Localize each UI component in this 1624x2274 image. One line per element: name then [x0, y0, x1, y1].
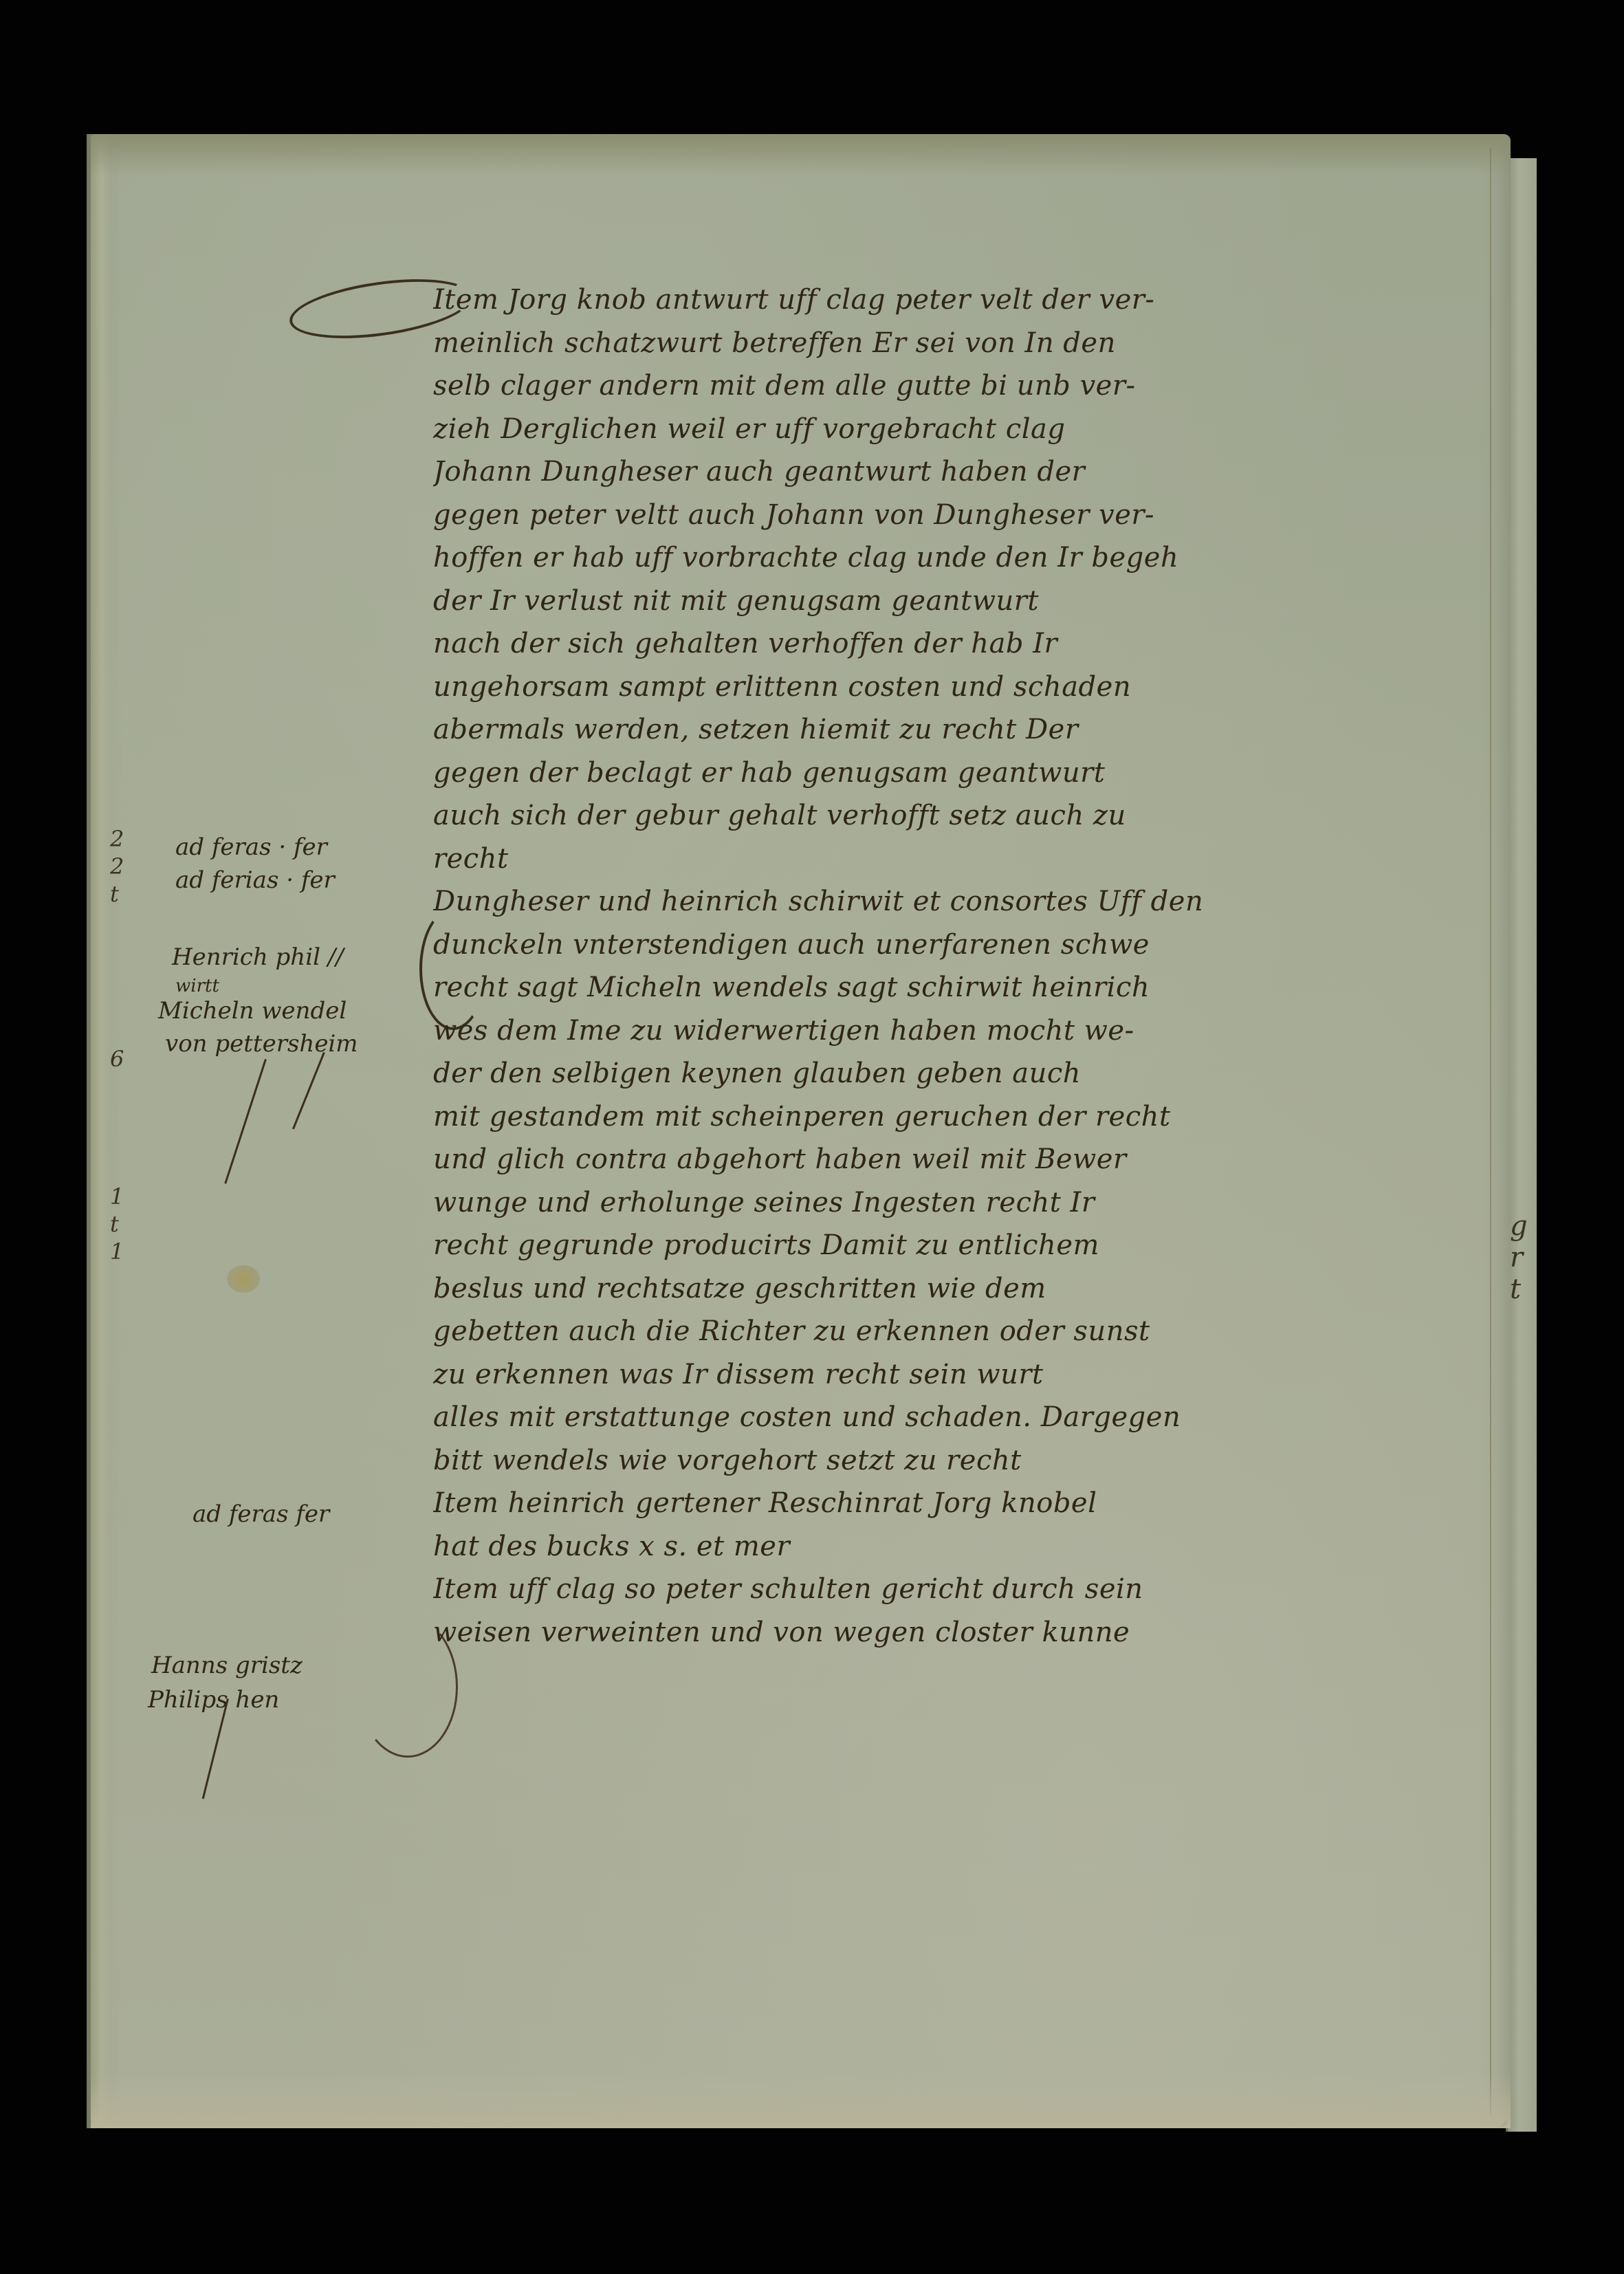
margin-note: von pettersheim: [165, 1029, 358, 1059]
edge-spacer: [110, 908, 138, 1045]
text-line: zieh Derglichen weil er uff vorgebracht …: [433, 408, 1513, 451]
edge-mark: 1: [110, 1238, 138, 1265]
text-line: meinlich schatzwurt betreffen Er sei von…: [433, 322, 1513, 365]
text-line: dunckeln vnterstendigen auch unerfarenen…: [433, 923, 1513, 967]
text-line: recht sagt Micheln wendels sagt schirwit…: [433, 966, 1513, 1009]
edge-mark: 6: [110, 1045, 138, 1073]
edge-mark: 1: [110, 1183, 138, 1210]
edge-mark: t: [110, 880, 138, 908]
text-line: recht: [433, 838, 1513, 881]
text-line: abermals werden, setzen hiemit zu recht …: [433, 708, 1513, 752]
main-text-block: Item Jorg knob antwurt uff clag peter ve…: [433, 278, 1513, 1654]
left-edge-marks: 2 2 t 6 1 t 1: [110, 825, 138, 1265]
leaf-mark: g: [1510, 1210, 1530, 1242]
text-line: beslus und rechtsatze geschritten wie de…: [433, 1267, 1513, 1311]
text-line: bitt wendels wie vorgehort setzt zu rech…: [433, 1439, 1513, 1483]
text-line: selb clager andern mit dem alle gutte bi…: [433, 364, 1513, 408]
text-line: Dungheser und heinrich schirwit et conso…: [433, 880, 1513, 923]
text-line: weisen verweinten und von wegen closter …: [433, 1611, 1513, 1654]
ink-stain: [227, 1265, 260, 1293]
text-line: gebetten auch die Richter zu erkennen od…: [433, 1310, 1513, 1353]
edge-mark: t: [110, 1210, 138, 1238]
text-line: Item heinrich gertener Reschinrat Jorg k…: [433, 1482, 1513, 1525]
torn-top-edge: [91, 134, 1511, 175]
margin-note: ad feras fer: [193, 1499, 329, 1529]
text-line: gegen peter veltt auch Johann von Dunghe…: [433, 494, 1513, 537]
text-line: hat des bucks x s. et mer: [433, 1525, 1513, 1568]
text-line: alles mit erstattunge costen und schaden…: [433, 1396, 1513, 1439]
text-line: hoffen er hab uff vorbrachte clag unde d…: [433, 536, 1513, 580]
text-line: der den selbigen keynen glauben geben au…: [433, 1052, 1513, 1095]
bottom-edge: [91, 2073, 1511, 2128]
text-line: wes dem Ime zu widerwertigen haben mocht…: [433, 1009, 1513, 1053]
text-line: der Ir verlust nit mit genugsam geantwur…: [433, 580, 1513, 623]
text-line: gegen der beclagt er hab genugsam geantw…: [433, 752, 1513, 795]
margin-note: Micheln wendel: [158, 996, 347, 1026]
margin-note: Hanns gristz: [151, 1650, 303, 1681]
edge-mark: 2: [110, 825, 138, 853]
edge-mark: 2: [110, 853, 138, 880]
text-line: mit gestandem mit scheinperen geruchen d…: [433, 1095, 1513, 1139]
leaf-mark: t: [1510, 1273, 1530, 1305]
text-line: recht gegrunde producirts Damit zu entli…: [433, 1224, 1513, 1267]
text-line: Item Jorg knob antwurt uff clag peter ve…: [433, 278, 1513, 322]
margin-note: ad feras · fer: [175, 832, 327, 862]
text-line: Item uff clag so peter schulten gericht …: [433, 1568, 1513, 1611]
edge-spacer: [110, 1073, 138, 1183]
leaf-mark: r: [1510, 1242, 1530, 1273]
adjacent-leaf-text: g r t: [1510, 1210, 1530, 1305]
margin-note: ad ferias · fer: [175, 865, 335, 895]
text-line: und glich contra abgehort haben weil mit…: [433, 1138, 1513, 1181]
margin-note: Henrich phil //: [172, 942, 344, 972]
text-line: nach der sich gehalten verhoffen der hab…: [433, 622, 1513, 666]
margin-note: Philips hen: [148, 1685, 279, 1715]
text-line: Johann Dungheser auch geantwurt haben de…: [433, 450, 1513, 494]
text-line: wunge und erholunge seines Ingesten rech…: [433, 1181, 1513, 1225]
text-line: zu erkennen was Ir dissem recht sein wur…: [433, 1353, 1513, 1397]
text-line: ungehorsam sampt erlittenn costen und sc…: [433, 666, 1513, 709]
text-line: auch sich der gebur gehalt verhofft setz…: [433, 794, 1513, 838]
